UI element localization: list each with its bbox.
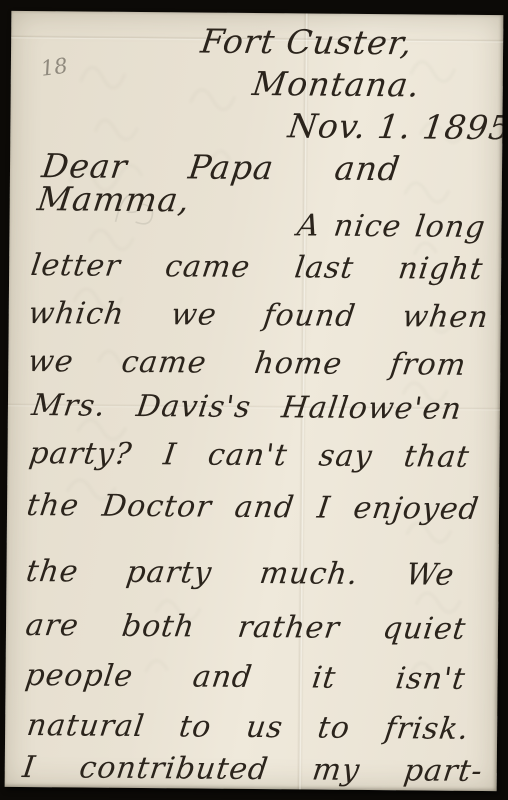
body-line: natural to us to frisk. <box>25 711 471 745</box>
body-line: party? I can't say that <box>27 439 471 473</box>
body-line: A nice long <box>295 211 487 243</box>
heading-date: Nov. 1. 1895. <box>286 109 503 144</box>
body-line: we came home from <box>26 347 468 381</box>
photo-background: 18 Fort Custer, Montana. Nov. 1. 1895. D… <box>0 0 508 800</box>
letter-page: 18 Fort Custer, Montana. Nov. 1. 1895. D… <box>5 11 504 791</box>
heading-place-line2: Montana. <box>251 67 423 101</box>
body-line: the party much. We <box>24 557 456 591</box>
heading-place-line1: Fort Custer, <box>199 25 415 60</box>
body-line: people and it isn't <box>23 661 467 695</box>
body-line: are both rather quiet <box>24 611 468 645</box>
body-line: I contributed my part- <box>21 753 485 787</box>
body-line: letter came last night <box>29 251 485 285</box>
body-line: the Doctor and I enjoyed <box>25 491 481 525</box>
body-line: Mrs. Davis's Hallowe'en <box>30 391 464 425</box>
pencil-page-number: 18 <box>39 54 69 81</box>
body-line: which we found when <box>27 299 491 333</box>
